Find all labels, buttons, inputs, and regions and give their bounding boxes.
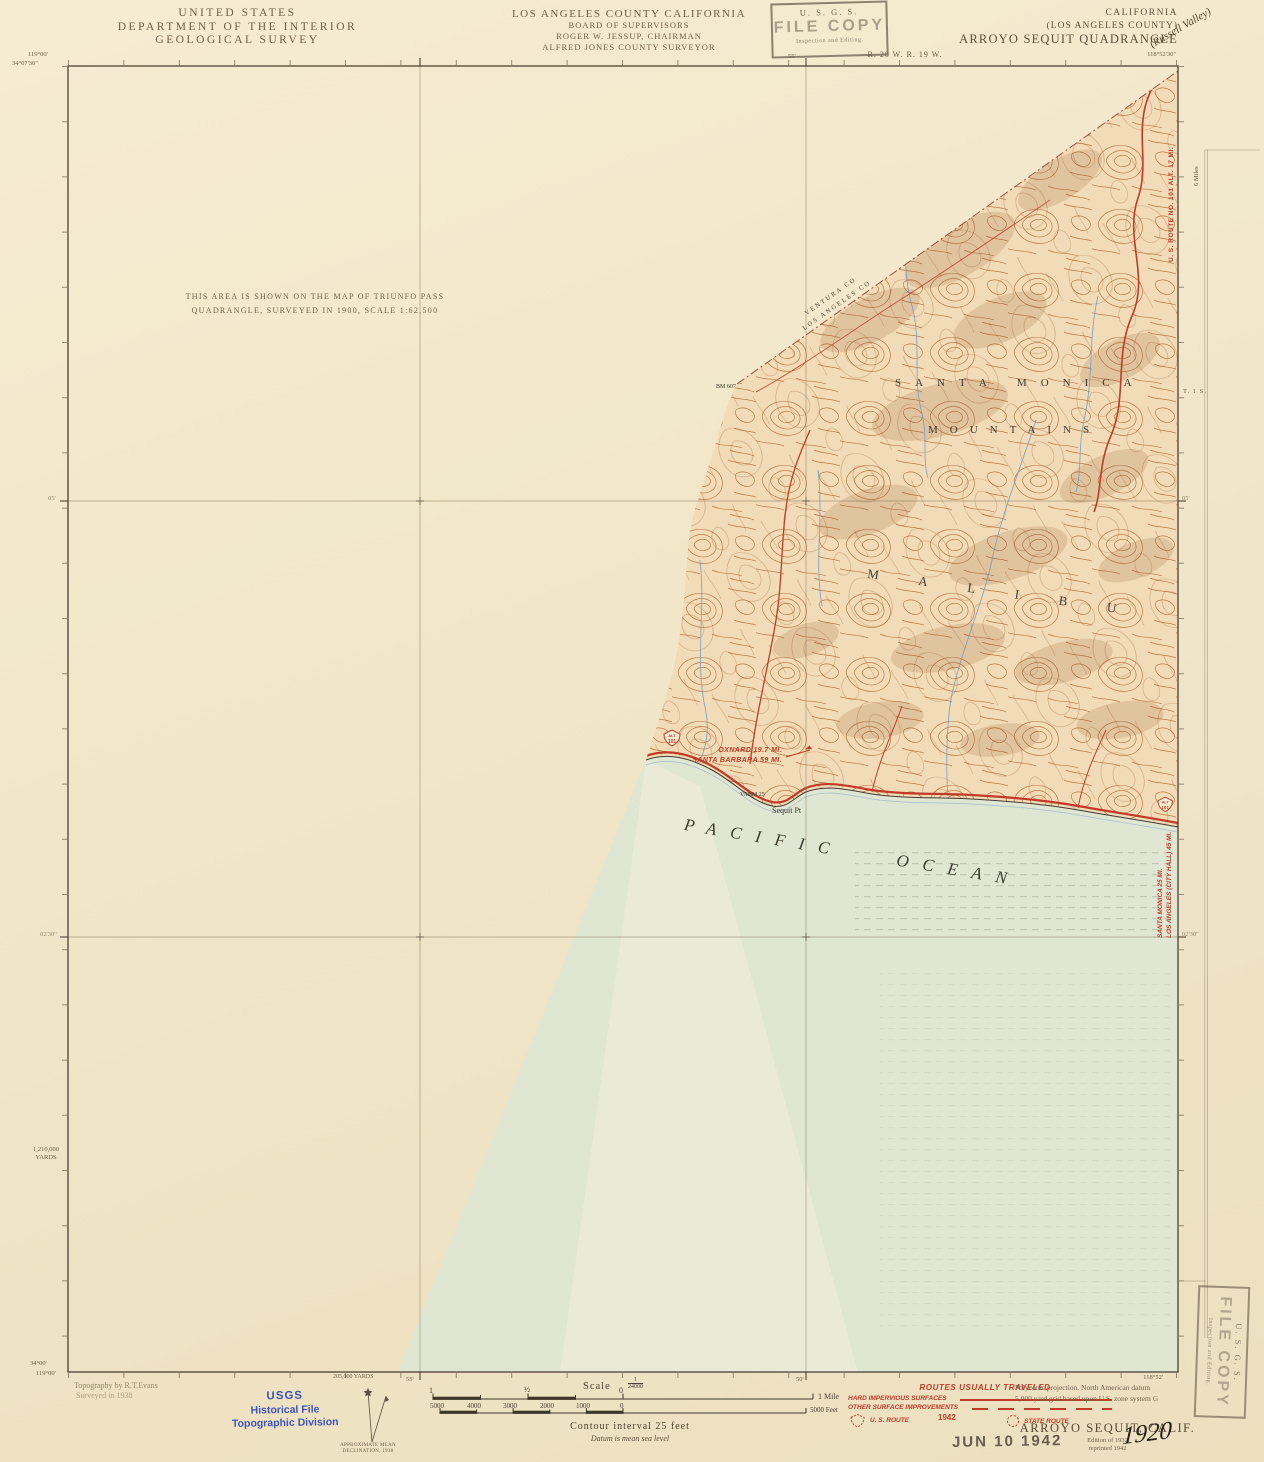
bottom-tick-left: 55': [406, 1376, 414, 1383]
legend-year: 1942: [938, 1413, 956, 1422]
mile-bar-right: 1 Mile: [818, 1392, 839, 1401]
red-note-line: SANTA BARBARA 59 MI.: [598, 756, 782, 766]
bottom-tick-right: 50': [796, 1376, 804, 1383]
nw-longitude: 119°00': [28, 51, 48, 58]
agency-title: UNITED STATES DEPARTMENT OF THE INTERIOR…: [60, 7, 415, 48]
note-line: QUADRANGLE, SURVEYED IN 1900, SCALE 1:62…: [148, 304, 482, 318]
lat-tick-upper-right: 05': [1182, 495, 1190, 502]
feet-tick: 5000: [430, 1402, 444, 1410]
red-destination-note-east: SANTA MONICA 25 MI. LOS ANGELES (CITY HA…: [1156, 832, 1174, 938]
feet-tick: 1000: [576, 1402, 590, 1410]
scale-denominator: 24000: [628, 1384, 643, 1390]
board-line: ALFRED JONES COUNTY SURVEYOR: [468, 42, 790, 53]
quadrangle-name: ARROYO SEQUIT QUADRANGLE: [856, 33, 1178, 46]
legend-dashed-line: [972, 1408, 1112, 1410]
mountains-label: MOUNTAINS: [928, 424, 1101, 436]
board-line: BOARD OF SUPERVISORS: [468, 20, 790, 31]
svg-text:ALT: ALT: [668, 733, 676, 738]
miles-margin-note: 6 Miles: [1193, 166, 1200, 186]
yards-left-value: 1,210,000: [24, 1146, 68, 1154]
sw-latitude: 34°00': [30, 1360, 47, 1367]
feet-bar-right: 5000 Feet: [810, 1406, 838, 1414]
date-received-stamp: JUN 10 1942: [952, 1432, 1063, 1451]
yards-left-unit: YARDS: [24, 1154, 68, 1162]
contour-interval-note: Contour interval 25 feet: [470, 1421, 790, 1432]
ne-longitude: 118°52'30": [1128, 51, 1176, 58]
county-board-block: LOS ANGELES COUNTY CALIFORNIA BOARD OF S…: [468, 9, 790, 53]
legend-us-route: U. S. ROUTE: [870, 1417, 909, 1424]
blue-stamp-line: Topographic Division: [220, 1416, 350, 1432]
mile-scale-bar: [433, 1394, 813, 1400]
declination-diagram: [364, 1388, 389, 1442]
mile-bar-zero: 0: [619, 1386, 623, 1395]
declination-caption: APPROXIMATE MEAN DECLINATION, 1938: [318, 1443, 418, 1455]
lat-tick-lower-right: 02'30": [1182, 931, 1199, 938]
usgs-historical-file-stamp: USGS Historical File Topographic Divisio…: [220, 1389, 351, 1432]
usgs-file-copy-stamp-side: U. S. G. S. FILE COPY Inspection and Edi…: [1194, 1285, 1251, 1419]
township-label: T. 1 S.: [1183, 388, 1207, 395]
red-note-line: OXNARD 19.7 MI.: [598, 746, 782, 756]
map-sheet: ALT 101 ALT 101: [0, 0, 1264, 1462]
svg-text:ALT: ALT: [1162, 800, 1170, 804]
mile-bar-left: 1: [429, 1386, 433, 1395]
board-line: LOS ANGELES COUNTY CALIFORNIA: [468, 9, 790, 20]
lat-tick-upper-left: 05': [48, 495, 56, 502]
nw-latitude: 34°07'30": [12, 60, 38, 67]
yards-bottom-label: 205,000 YARDS: [333, 1374, 373, 1380]
fold-line: [1184, 150, 1260, 1338]
svg-text:101: 101: [668, 739, 677, 745]
agency-line: UNITED STATES: [60, 7, 415, 21]
scale-fraction: 1 24000: [628, 1377, 643, 1390]
note-line: THIS AREA IS SHOWN ON THE MAP OF TRIUNFO…: [148, 290, 482, 304]
survey-credit: Surveyed in 1938: [76, 1391, 132, 1400]
topo-land-area: [600, 40, 1200, 860]
datum-note: Datum is mean sea level: [470, 1434, 790, 1443]
vabm-label: VABM 25: [740, 792, 765, 798]
red-note-line: LOS ANGELES (CITY HALL) 45 MI.: [1165, 832, 1174, 938]
feet-tick: 3000: [503, 1402, 517, 1410]
feet-tick: 2000: [540, 1402, 554, 1410]
legend-other-improvements: OTHER SURFACE IMPROVEMENTS: [848, 1404, 958, 1411]
feet-tick: 0: [620, 1402, 624, 1410]
agency-line: GEOLOGICAL SURVEY: [60, 34, 415, 48]
state-label: CALIFORNIA: [856, 7, 1178, 20]
legend-hard-surfaces: HARD IMPERVIOUS SURFACES: [848, 1395, 947, 1402]
agency-line: DEPARTMENT OF THE INTERIOR: [60, 21, 415, 35]
scale-word: Scale: [583, 1381, 611, 1392]
red-destination-note-west: OXNARD 19.7 MI. SANTA BARBARA 59 MI.: [598, 746, 782, 766]
sequit-point-label: Sequit Pt: [772, 806, 801, 815]
yards-left-label: 1,210,000 YARDS: [24, 1146, 68, 1162]
map-canvas: ALT 101 ALT 101: [0, 0, 1264, 1462]
top-tick-label: 55': [788, 53, 796, 60]
santa-monica-label: SANTA MONICA: [895, 377, 1146, 389]
adjacent-quad-note: THIS AREA IS SHOWN ON THE MAP OF TRIUNFO…: [148, 290, 482, 318]
lat-tick-lower-left: 02'30": [40, 931, 57, 938]
benchmark-label: BM 607: [716, 384, 736, 390]
mile-bar-half: ½: [524, 1385, 530, 1394]
feet-tick: 4000: [467, 1402, 481, 1410]
topography-credit: Topography by R.T.Evans: [74, 1381, 158, 1390]
quad-title-block: CALIFORNIA (LOS ANGELES COUNTY) ARROYO S…: [856, 7, 1178, 46]
se-longitude: 118°52': [1115, 1374, 1163, 1381]
board-line: ROGER W. JESSUP, CHAIRMAN: [468, 31, 790, 42]
svg-text:101: 101: [1161, 805, 1169, 810]
range-label: R. 20 W. R. 19 W.: [825, 50, 985, 59]
declination-caption-line: DECLINATION, 1938: [318, 1449, 418, 1455]
red-note-line: SANTA MONICA 25 MI.: [1156, 832, 1165, 938]
sw-longitude: 119°00': [36, 1370, 56, 1377]
red-route-note-ne: U. S. ROUTE NO. 101 ALT. 17 MI.: [1168, 147, 1175, 262]
us-route-shield-icon: [850, 1414, 865, 1428]
scale-numerator: 1: [628, 1377, 643, 1384]
